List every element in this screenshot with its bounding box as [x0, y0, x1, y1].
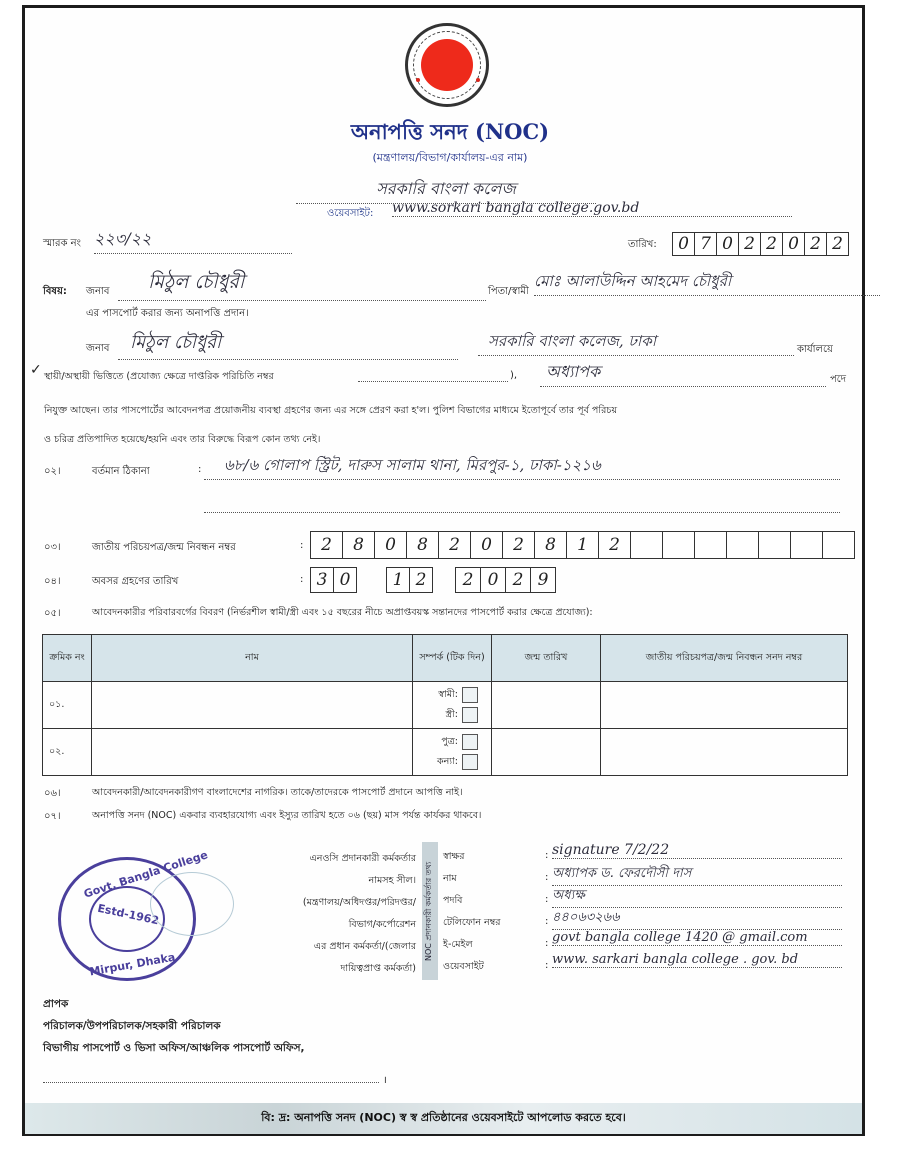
col-nid: জাতীয় পরিচয়পত্র/জন্ম নিবন্ধন সনদ নম্বর: [601, 635, 848, 682]
colon: :: [545, 938, 548, 949]
date-digit-box[interactable]: 0: [783, 233, 805, 255]
date-digit-box[interactable]: 2: [761, 233, 783, 255]
relation-checkbox[interactable]: [462, 707, 478, 723]
paragraph-line-3: ও চরিত্র প্রতিপাদিত হয়েছে/হয়নি এবং তার…: [44, 433, 320, 448]
item-04-number: ০৪।: [44, 574, 61, 591]
address-line-2-blank: [204, 500, 840, 513]
nid-cell[interactable]: [601, 729, 848, 776]
relation-label: কন্যা:: [437, 755, 458, 770]
family-details-table: ক্রমিক নং নাম সম্পর্ক (টিক দিন) জন্ম তার…: [42, 634, 848, 776]
month-digit-box[interactable]: 2: [410, 568, 432, 592]
year-digit-box[interactable]: 0: [481, 568, 506, 592]
recipient-address-blank: [43, 1072, 379, 1083]
check-mark-icon: ✓: [30, 362, 42, 378]
reference-label: স্মারক নং: [43, 236, 81, 253]
website-value: www.sorkari bangla college.gov.bd: [392, 200, 792, 217]
signatory-desc-5: এর প্রধান কর্মকর্তা/(জেলার: [240, 940, 416, 955]
nid-digit-box[interactable]: 0: [471, 532, 503, 558]
signatory-field-value: অধ্যক্ষ: [552, 886, 842, 908]
date-digit-box[interactable]: 0: [673, 233, 695, 255]
item-05-number: ০৫।: [44, 606, 61, 623]
serial-cell: ০১.: [43, 682, 92, 729]
noc-officer-info-strip: NOC প্রদানকারী কর্মকর্তার তথ্য: [422, 842, 438, 980]
address-label: বর্তমান ঠিকানা: [92, 464, 150, 481]
janab-label-body: জনাব: [86, 341, 109, 358]
colon: :: [545, 872, 548, 883]
table-row: ০২. পুত্র: কন্যা:: [43, 729, 848, 776]
nid-boxes: 2808202812: [310, 531, 855, 559]
item-06-number: ০৬।: [44, 786, 61, 803]
retirement-label: অবসর গ্রহণের তারিখ: [92, 574, 178, 591]
nid-digit-box[interactable]: 2: [599, 532, 631, 558]
signatory-field-label: স্বাক্ষর: [443, 850, 464, 865]
signatory-desc-1: এনওসি প্রদানকারী কর্মকর্তার: [240, 852, 416, 867]
year-digit-box[interactable]: 2: [506, 568, 531, 592]
signatory-field-value: govt bangla college 1420 @ gmail.com: [552, 930, 842, 946]
item-03-number: ০৩।: [44, 540, 61, 557]
col-name: নাম: [92, 635, 413, 682]
colon: :: [545, 850, 548, 861]
signatory-field-label: পদবি: [443, 894, 462, 909]
signatory-field-label: ই-মেইল: [443, 938, 473, 953]
year-digit-box[interactable]: 9: [531, 568, 555, 592]
nid-digit-box[interactable]: 1: [567, 532, 599, 558]
nid-digit-box[interactable]: 8: [407, 532, 439, 558]
footer-note-bar: বি: দ্র: অনাপত্তি সনদ (NOC) স্ব স্ব প্রত…: [25, 1103, 862, 1134]
signatory-field-value: www. sarkari bangla college . gov. bd: [552, 952, 842, 968]
signatory-field-label: ওয়েবসাইট: [443, 960, 484, 975]
employment-status-text: স্থায়ী/অস্থায়ী ভিত্তিতে (প্রযোজ্য ক্ষে…: [44, 370, 274, 385]
name-cell[interactable]: [92, 682, 413, 729]
name-cell[interactable]: [92, 729, 413, 776]
table-row: ০১. স্বামী: স্ত্রী:: [43, 682, 848, 729]
signatory-field-label: নাম: [443, 872, 457, 887]
colon: :: [300, 540, 303, 551]
month-digit-box[interactable]: 1: [387, 568, 410, 592]
footer-note: বি: দ্র: অনাপত্তি সনদ (NOC) স্ব স্ব প্রত…: [261, 1109, 626, 1128]
recipient-line-2: বিভাগীয় পাসপোর্ট ও ভিসা অফিস/আঞ্চলিক পা…: [43, 1041, 305, 1058]
employee-name: মিঠুল চৌধুরী: [118, 328, 458, 360]
date-digit-box[interactable]: 2: [827, 233, 848, 255]
retirement-day-boxes: 30: [310, 567, 357, 593]
nid-digit-box[interactable]: [695, 532, 727, 558]
colon: :: [545, 894, 548, 905]
date-digit-box[interactable]: 2: [805, 233, 827, 255]
document-title: অনাপত্তি সনদ (NOC): [0, 116, 900, 151]
item-07-number: ০৭।: [44, 809, 61, 826]
day-digit-box[interactable]: 0: [334, 568, 356, 592]
signature: signature 7/2/22: [552, 842, 842, 859]
status-close: ),: [510, 370, 517, 381]
website-label: ওয়েবসাইট:: [327, 206, 373, 223]
nid-digit-box[interactable]: [727, 532, 759, 558]
col-dob: জন্ম তারিখ: [492, 635, 601, 682]
nid-digit-box[interactable]: 2: [311, 532, 343, 558]
nid-digit-box[interactable]: 2: [503, 532, 535, 558]
day-digit-box[interactable]: 3: [311, 568, 334, 592]
date-digit-box[interactable]: 2: [739, 233, 761, 255]
nid-digit-box[interactable]: 8: [343, 532, 375, 558]
colon: :: [545, 960, 548, 971]
relation-cell: পুত্র: কন্যা:: [413, 729, 492, 776]
official-id-blank: [358, 370, 508, 382]
nid-digit-box[interactable]: 0: [375, 532, 407, 558]
office-suffix: কার্যালয়ে: [797, 342, 833, 359]
col-relation: সম্পর্ক (টিক দিন): [413, 635, 492, 682]
reference-number: ২২৩/২২: [94, 226, 292, 254]
validity-declaration: অনাপত্তি সনদ (NOC) একবার ব্যবহারযোগ্য এব…: [92, 809, 481, 824]
signatory-desc-6: দায়িত্বপ্রাপ্ত কর্মকর্তা): [240, 962, 416, 977]
emblem-star-icon: [476, 78, 480, 82]
issue-date-boxes: 07022022: [672, 232, 849, 256]
family-details-label: আবেদনকারীর পরিবারবর্গের বিবরণ (নির্ভরশীল…: [92, 606, 593, 621]
nid-cell[interactable]: [601, 682, 848, 729]
col-serial: ক্রমিক নং: [43, 635, 92, 682]
year-digit-box[interactable]: 2: [456, 568, 481, 592]
relation-label: স্বামী:: [438, 688, 458, 703]
signatory-field-value: ৪৪০৬৩২৬৬: [552, 908, 842, 930]
nid-digit-box[interactable]: [631, 532, 663, 558]
signatory-desc-2: নামসহ সীল।: [240, 874, 416, 889]
faint-stamp-impression: [150, 872, 234, 936]
date-label: তারিখ:: [628, 237, 657, 254]
nid-digit-box[interactable]: 8: [535, 532, 567, 558]
paragraph-line-2: নিযুক্ত আছেন। তার পাসপোর্টের আবেদনপত্র প…: [44, 404, 617, 419]
employee-office: সরকারি বাংলা কলেজ, ঢাকা: [478, 330, 794, 356]
colon: :: [545, 916, 548, 927]
dob-cell[interactable]: [492, 682, 601, 729]
recipient-line-end: ।: [383, 1072, 387, 1086]
government-emblem: [405, 23, 489, 107]
subject-line-2: এর পাসপোর্ট করার জন্য অনাপত্তি প্রদান।: [86, 306, 249, 323]
relation-label: পুত্র:: [441, 735, 458, 750]
serial-cell: ০২.: [43, 729, 92, 776]
present-address: ৬৮/৬ গোলাপ স্ট্রিট, দারুস সালাম থানা, মি…: [204, 454, 840, 480]
retirement-year-boxes: 2029: [455, 567, 556, 593]
document-subtitle: (মন্ত্রণালয়/বিভাগ/কার্যালয়-এর নাম): [0, 149, 900, 168]
father-label: পিতা/স্বামী: [488, 284, 529, 301]
colon: :: [198, 464, 201, 475]
signatory-field-value: অধ্যাপক ড. ফেরদৌসী দাস: [552, 864, 842, 886]
relation-checkbox[interactable]: [462, 734, 478, 750]
recipient-label: প্রাপক: [43, 997, 68, 1014]
nid-digit-box[interactable]: [823, 532, 854, 558]
date-digit-box[interactable]: 7: [695, 233, 717, 255]
colon: :: [300, 574, 303, 585]
nid-label: জাতীয় পরিচয়পত্র/জন্ম নিবন্ধন নম্বর: [92, 540, 236, 557]
relation-label: স্ত্রী:: [446, 708, 458, 723]
designation: অধ্যাপক: [540, 359, 826, 387]
janab-label: জনাব: [86, 284, 109, 301]
emblem-star-icon: [416, 78, 420, 82]
signatory-desc-4: বিভাগ/কর্পোরেশন: [240, 918, 416, 933]
nid-digit-box[interactable]: [759, 532, 791, 558]
emblem-red-disc: [421, 39, 473, 91]
nid-digit-box[interactable]: 2: [439, 532, 471, 558]
recipient-line-1: পরিচালক/উপপরিচালক/সহকারী পরিচালক: [43, 1019, 221, 1036]
item-02-number: ০২।: [44, 464, 61, 481]
nid-digit-box[interactable]: [791, 532, 823, 558]
subject-label: বিষয়:: [43, 284, 67, 301]
signatory-field-label: টেলিফোন নম্বর: [443, 916, 501, 931]
nid-digit-box[interactable]: [663, 532, 695, 558]
relation-cell: স্বামী: স্ত্রী:: [413, 682, 492, 729]
post-suffix: পদে: [830, 372, 846, 389]
father-name: মোঃ আলাউদ্দিন আহমেদ চৌধুরী: [534, 270, 880, 296]
citizenship-declaration: আবেদনকারী/আবেদনকারীগণ বাংলাদেশের নাগরিক।…: [92, 786, 463, 801]
retirement-month-boxes: 12: [386, 567, 433, 593]
table-header-row: ক্রমিক নং নাম সম্পর্ক (টিক দিন) জন্ম তার…: [43, 635, 848, 682]
relation-checkbox[interactable]: [462, 754, 478, 770]
applicant-name: মিঠুল চৌধুরী: [118, 268, 486, 301]
dob-cell[interactable]: [492, 729, 601, 776]
date-digit-box[interactable]: 0: [717, 233, 739, 255]
relation-checkbox[interactable]: [462, 687, 478, 703]
signatory-desc-3: (মন্ত্রণালয়/অধিদপ্তর/পরিদপ্তর/: [240, 896, 416, 911]
